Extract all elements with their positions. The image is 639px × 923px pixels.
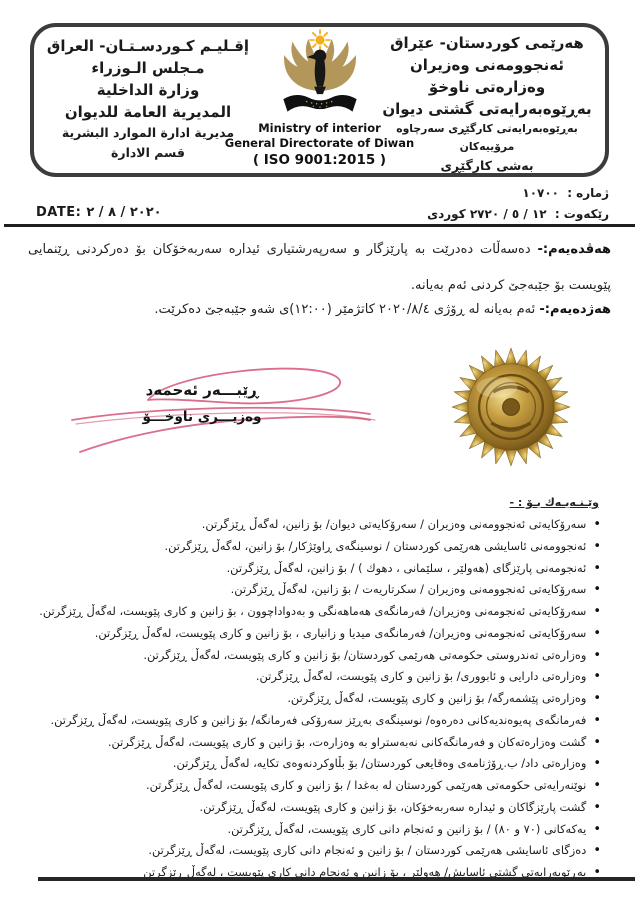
reference-number-value: ١٠٧٠٠	[522, 186, 559, 200]
distribution-item: ئەنجومەنی پارێزگای (هەولێر ، سلێمانی ، د…	[18, 558, 601, 580]
footer-rule	[38, 877, 635, 881]
distribution-item: نوێنەرایەتی حکومەتی هەرێمی کوردستان لە ب…	[18, 775, 601, 797]
distribution-item: سەرۆکایەتی ئەنجومەنی وەزیران/ فەرمانگەی …	[18, 623, 601, 645]
header-divider-rule	[4, 224, 635, 227]
paragraph-lead: هەژدەیەم:-	[539, 302, 611, 317]
distribution-item: وەزارەتی دارایی و ئابووری/ بۆ زانین و کا…	[18, 666, 601, 688]
distribution-heading: وێـنـەیـەك بـۆ : -	[509, 496, 599, 509]
distribution-item: یەکەکانی (٧٠ و ٨٠) / بۆ زانین و ئەنجام د…	[18, 819, 601, 841]
distribution-item: دەزگای ئاسایشی هەرێمی کوردستان / بۆ زانی…	[18, 840, 601, 862]
paragraph-text: ئەم بەیانە لە ڕۆژی ٢٠٢٠/٨/٤ كاتژمێر (١٢:…	[154, 302, 535, 317]
distribution-item: گشت پارێزگاکان و ئیدارە سەربەخۆکان، بۆ ز…	[18, 797, 601, 819]
document-page: إقـليـم كـوردسـتـان- العراق مـجلس الـوزر…	[0, 0, 639, 923]
kurdish-line: بەڕێوەبەرایەتی کارگێڕی سەرچاوە مرۆییەکان	[373, 120, 601, 156]
distribution-item: فەرمانگەی پەیوەندیەکانی دەرەوە/ نوسینگەی…	[18, 710, 601, 732]
paragraph-text: دەسەڵات دەدرێت بە پارێزگار و سەرپەرشتیار…	[28, 242, 611, 293]
date-value: ٢٠٢٠ / ٨ / ٢	[86, 205, 161, 220]
reference-number-label: ژمارە :	[567, 186, 609, 200]
signature-scribble-icon	[70, 348, 380, 468]
kurdish-line: هەرێمی کوردستان- عێراق	[373, 32, 601, 54]
kurdish-line: ئەنجوومەنی وەزیران	[373, 54, 601, 76]
gregorian-date-row: DATE: ٢٠٢٠ / ٨ / ٢	[36, 205, 162, 220]
official-gold-seal-icon	[447, 346, 575, 468]
kurdish-date-row: رێكەوت : ١٢ / ٥ / ٢٧٢٠ كوردی	[427, 207, 609, 221]
distribution-list: سەرۆکایەتی ئەنجوومەنی وەزیران / سەرۆکایە…	[18, 514, 601, 884]
distribution-item: سەرۆکایەتی ئەنجوومەنی وەزیران / سکرتاریە…	[18, 579, 601, 601]
signatory-title: وەزیـــری ناوخـــۆ	[112, 409, 292, 425]
distribution-item: وەزارەتی داد/ ب.ڕۆژنامەی وەقایعی کوردستا…	[18, 753, 601, 775]
paragraph-eighteenth: هەژدەیەم:- ئەم بەیانە لە ڕۆژی ٢٠٢٠/٨/٤ ك…	[28, 292, 611, 328]
distribution-item: وەزارەتی تەندروستی حکومەتی هەرێمی کوردست…	[18, 645, 601, 667]
distribution-item: ئەنجوومەنی ئاسایشی هەرێمی کوردستان / نوس…	[18, 536, 601, 558]
reference-number-row: ژمارە : ١٠٧٠٠	[522, 186, 609, 200]
signatory-name: ڕێبـــەر ئەحمەد	[112, 381, 292, 399]
distribution-item: سەرۆکایەتی ئەنجومەنی وەزیران/ فەرمانگەی …	[18, 601, 601, 623]
kurdish-line: بەڕێوەبەرایەتی گشتی دیوان	[373, 98, 601, 120]
kurdish-line: وەزارەتی ناوخۆ	[373, 76, 601, 98]
date-label: DATE:	[36, 205, 81, 220]
kurdish-date-value: ١٢ / ٥ / ٢٧٢٠ كوردی	[427, 207, 547, 221]
kurdish-line: بەشی کارگێڕی	[373, 156, 601, 176]
distribution-item: وەزارەتی پێشمەرگە/ بۆ زانین و کاری پێویس…	[18, 688, 601, 710]
distribution-item: گشت وەزارەتەکان و فەرمانگەکانی نەبەستراو…	[18, 732, 601, 754]
letterhead-box: إقـليـم كـوردسـتـان- العراق مـجلس الـوزر…	[30, 23, 609, 177]
letterhead-kurdish-block: هەرێمی کوردستان- عێراق ئەنجوومەنی وەزیرا…	[373, 32, 601, 176]
distribution-item: سەرۆکایەتی ئەنجوومەنی وەزیران / سەرۆکایە…	[18, 514, 601, 536]
kurdish-date-label: رێكەوت :	[555, 207, 609, 221]
kurdistan-eagle-emblem-icon	[270, 29, 370, 121]
paragraph-lead: هەڤدەیەم:-	[538, 242, 611, 257]
